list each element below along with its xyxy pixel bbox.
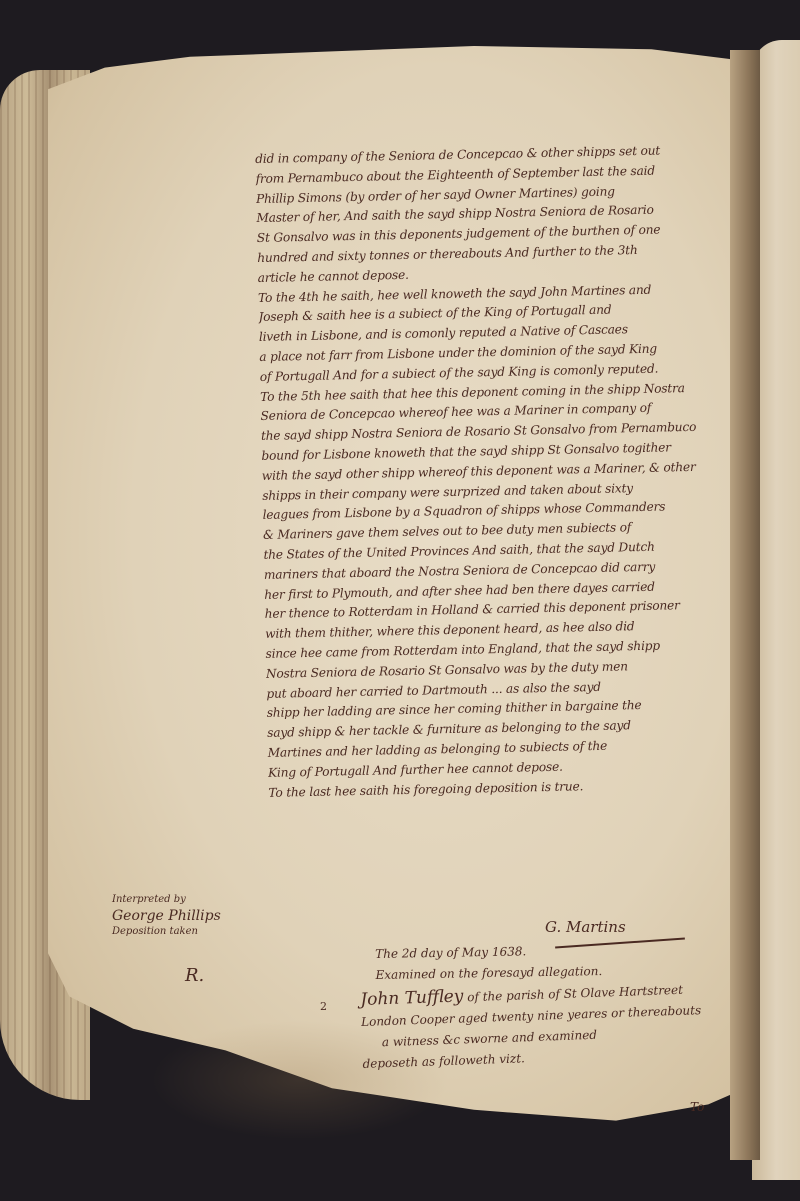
entry-header: The 2d day of May 1638. Examined on the … bbox=[375, 940, 602, 986]
margin-note-line: Deposition taken bbox=[112, 925, 221, 939]
next-deposition: John Tuffley of the parish of St Olave H… bbox=[360, 977, 743, 1075]
marginal-mark: R. bbox=[185, 965, 204, 986]
margin-note-line: Interpreted by bbox=[112, 893, 221, 907]
catchword: To bbox=[690, 1100, 704, 1114]
folio-number: 2 bbox=[320, 1000, 327, 1013]
margin-note: Interpreted by George Phillips Depositio… bbox=[112, 893, 221, 939]
deponent-name: John Tuffley bbox=[360, 986, 464, 1010]
deponent-signature: G. Martins bbox=[545, 918, 626, 936]
interpreter-signature: George Phillips bbox=[112, 907, 221, 925]
manuscript-photo: did in company of the Seniora de Concepc… bbox=[0, 0, 800, 1201]
deposition-body: did in company of the Seniora de Concepc… bbox=[255, 140, 739, 803]
